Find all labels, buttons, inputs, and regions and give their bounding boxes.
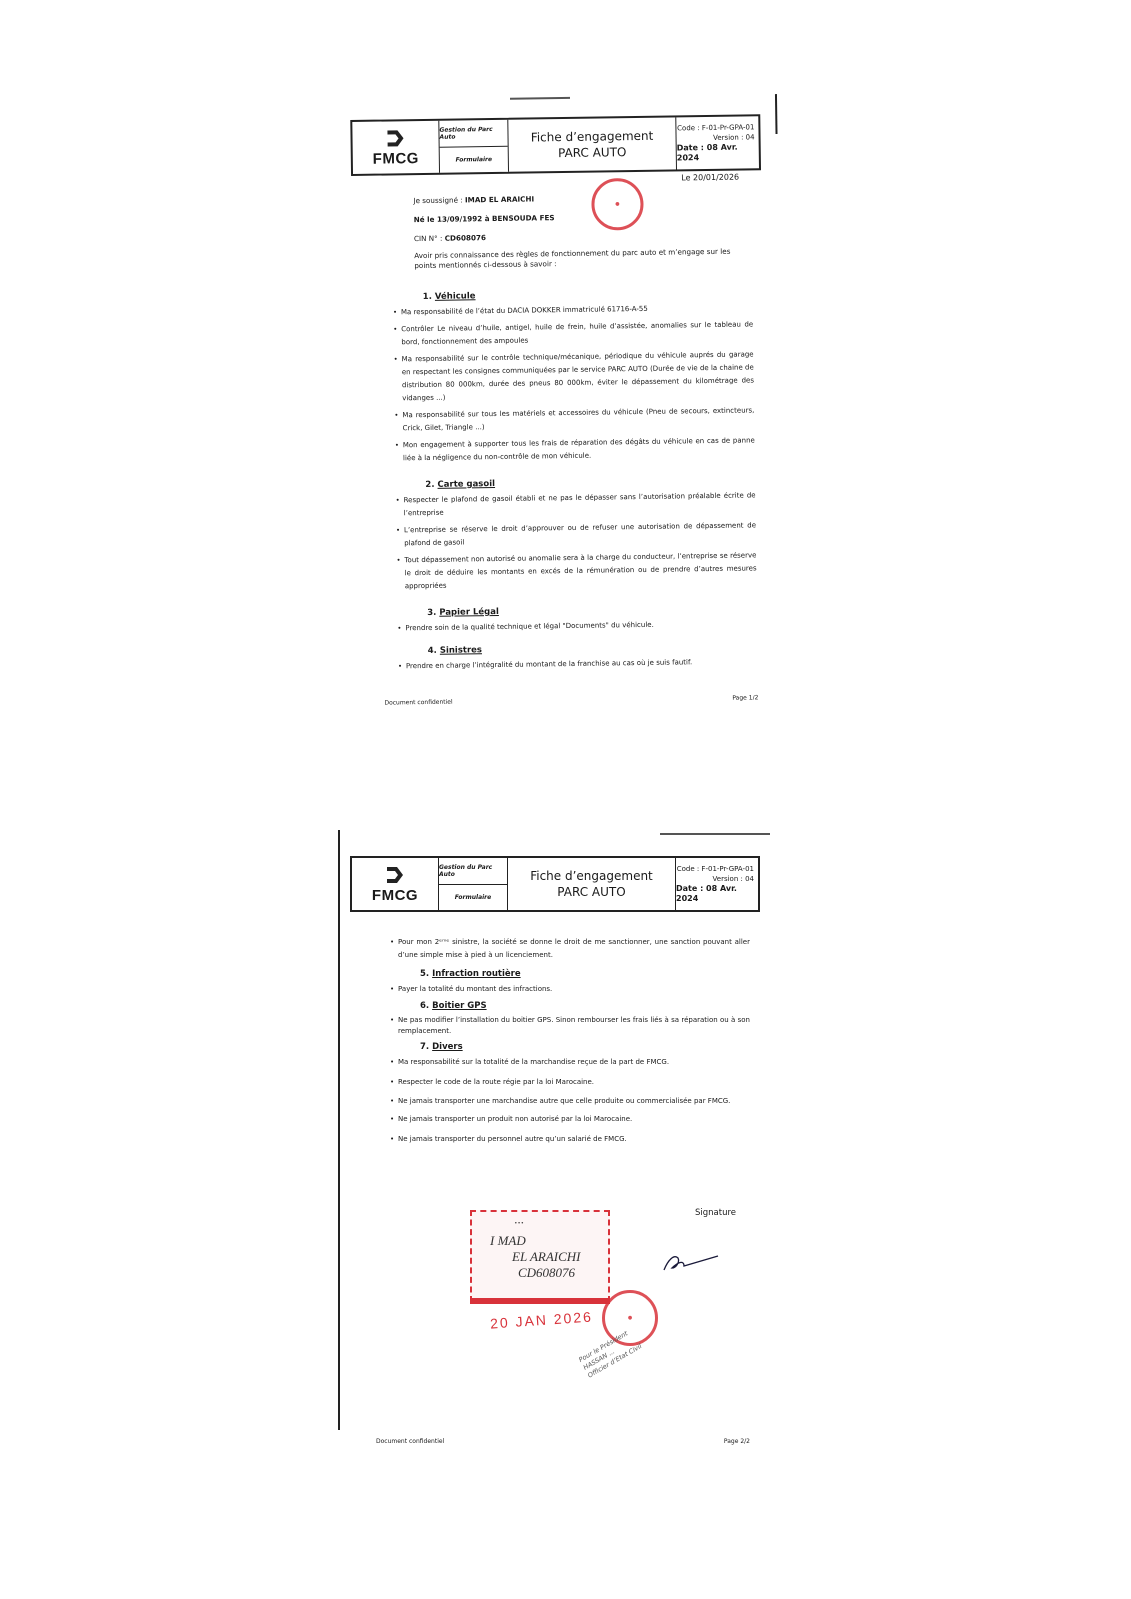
company-logo: FMCG [352, 858, 439, 910]
stamp-handwriting-cin: CD608076 [518, 1266, 575, 1280]
section-list-divers: Ma responsabilité sur la totalité de la … [380, 1056, 750, 1146]
document-date: Le 20/01/2026 [681, 173, 739, 183]
form-code: Code : F-01-Pr-GPA-01 [677, 864, 754, 874]
list-item: Prendre en charge l’intégralité du monta… [398, 655, 758, 673]
logo-text: FMCG [373, 150, 419, 168]
stamp-handwriting-line: ··· [514, 1216, 524, 1230]
section-list-papier-legal: Prendre soin de la qualité technique et … [387, 617, 757, 635]
title-line-1: Fiche d’engagement [531, 128, 654, 146]
form-title: Fiche d’engagement PARC AUTO [508, 858, 676, 910]
form-version: Version : 04 [713, 132, 755, 143]
type-label: Formulaire [439, 885, 507, 911]
list-item: Ma responsabilité sur tous les matériels… [394, 404, 754, 435]
logo-text: FMCG [372, 887, 418, 904]
scan-artifact-line [660, 833, 770, 835]
title-line-2: PARC AUTO [557, 884, 625, 900]
section-list-carte-gasoil: Respecter le plafond de gasoil établi et… [386, 489, 757, 593]
company-logo: FMCG [352, 121, 440, 174]
form-date: Date : 08 Avr. 2024 [677, 142, 755, 163]
form-version: Version : 04 [713, 874, 754, 884]
signature-scribble [660, 1250, 720, 1278]
list-item: Tout dépassement non autorisé ou anomali… [396, 549, 757, 593]
list-item: Respecter le plafond de gasoil établi et… [396, 489, 756, 520]
footer-confidential: Document confidentiel [384, 699, 452, 707]
list-item: Contrôler Le niveau d’huile, antigel, hu… [393, 318, 753, 349]
list-item: Prendre soin de la qualité technique et … [397, 617, 757, 635]
scan-artifact-line [510, 97, 570, 100]
page-footer: Document confidentiel Page 1/2 [384, 694, 758, 706]
identity-block: Je soussigné : IMAD EL ARAICHI Né le 13/… [413, 189, 752, 277]
page-footer: Document confidentiel Page 2/2 [376, 1438, 750, 1445]
list-item: Ma responsabilité sur le contrôle techni… [394, 348, 755, 405]
section-list-boitier-gps: Ne pas modifier l’installation du boitie… [380, 1015, 750, 1037]
list-item: Ne jamais transporter du personnel autre… [390, 1133, 750, 1146]
stamp-date: 20 JAN 2026 [490, 1308, 594, 1331]
page2-sections: Pour mon 2ᵉᵐᵉ sinistre, la société se do… [380, 936, 750, 1150]
list-item: Pour mon 2ᵉᵐᵉ sinistre, la société se do… [390, 936, 750, 962]
fmcg-arrow-icon [384, 864, 406, 886]
type-label: Formulaire [440, 146, 508, 172]
form-meta: Gestion du Parc Auto Formulaire [439, 858, 508, 910]
section-list-infraction: Payer la totalité du montant des infract… [380, 983, 750, 996]
legalization-stamp: ··· I MAD EL ARAICHI CD608076 [470, 1210, 610, 1302]
cin-label: CIN N° : [414, 234, 443, 243]
form-header: FMCG Gestion du Parc Auto Formulaire Fic… [350, 114, 761, 176]
list-item: Respecter le code de la route régie par … [390, 1076, 750, 1089]
soussigne-label: Je soussigné : [413, 195, 462, 205]
document-page-2: FMCG Gestion du Parc Auto Formulaire Fic… [350, 830, 760, 1470]
fmcg-arrow-icon [384, 127, 406, 149]
page-number: Page 1/2 [732, 694, 758, 701]
title-line-1: Fiche d’engagement [530, 868, 653, 884]
stamp-handwriting-surname: EL ARAICHI [512, 1250, 581, 1264]
section-list-vehicule: Ma responsabilité de l’état du DACIA DOK… [383, 301, 755, 465]
section-title-divers: 7. Divers [420, 1041, 750, 1054]
list-item: Ne jamais transporter un produit non aut… [390, 1113, 750, 1126]
intro-paragraph: Avoir pris connaissance des règles de fo… [414, 246, 752, 271]
birth-info: Né le 13/09/1992 à BENSOUDA FES [414, 213, 555, 224]
section-title-boitier-gps: 6. Boitier GPS [420, 1000, 750, 1013]
form-code-block: Code : F-01-Pr-GPA-01 Version : 04 Date … [676, 858, 758, 910]
stamp-bottom-bar [470, 1298, 610, 1304]
page1-sections: 1. Véhicule Ma responsabilité de l’état … [383, 276, 758, 677]
scan-artifact-bar [775, 94, 778, 134]
form-title: Fiche d’engagement PARC AUTO [508, 117, 677, 171]
page-number: Page 2/2 [724, 1438, 750, 1445]
form-meta: Gestion du Parc Auto Formulaire [439, 120, 509, 173]
birth-line: Né le 13/09/1992 à BENSOUDA FES [414, 208, 752, 226]
document-page-1: FMCG Gestion du Parc Auto Formulaire Fic… [350, 94, 769, 720]
list-item: L’entreprise se réserve le droit d’appro… [396, 519, 756, 550]
list-item: Ma responsabilité de l’état du DACIA DOK… [393, 301, 753, 319]
section-title-infraction: 5. Infraction routière [420, 968, 750, 981]
stamp-text: ● [628, 1315, 632, 1321]
cin-value: CD608076 [445, 233, 486, 243]
soussigne-name: IMAD EL ARAICHI [465, 194, 534, 204]
form-date: Date : 08 Avr. 2024 [676, 884, 754, 904]
stamp-handwriting-name: I MAD [490, 1234, 526, 1248]
signature-label: Signature [695, 1208, 736, 1218]
list-item: Payer la totalité du montant des infract… [390, 983, 750, 996]
footer-confidential: Document confidentiel [376, 1438, 444, 1445]
list-item: Ne jamais transporter une marchandise au… [390, 1096, 750, 1106]
form-code-block: Code : F-01-Pr-GPA-01 Version : 04 Date … [676, 116, 759, 169]
soussigne-line: Je soussigné : IMAD EL ARAICHI [413, 189, 751, 207]
list-item: Ne pas modifier l’installation du boitie… [390, 1015, 750, 1037]
list-item: Ma responsabilité sur la totalité de la … [390, 1056, 750, 1069]
continued-list: Pour mon 2ᵉᵐᵉ sinistre, la société se do… [380, 936, 750, 962]
dept-label: Gestion du Parc Auto [439, 858, 507, 885]
section-list-sinistres: Prendre en charge l’intégralité du monta… [388, 655, 758, 673]
title-line-2: PARC AUTO [558, 144, 627, 161]
form-header: FMCG Gestion du Parc Auto Formulaire Fic… [350, 856, 760, 912]
list-item: Mon engagement à supporter tous les frai… [395, 434, 755, 465]
dept-label: Gestion du Parc Auto [439, 120, 507, 147]
cin-line: CIN N° : CD608076 [414, 227, 752, 245]
scan-artifact-bar [338, 830, 340, 1430]
